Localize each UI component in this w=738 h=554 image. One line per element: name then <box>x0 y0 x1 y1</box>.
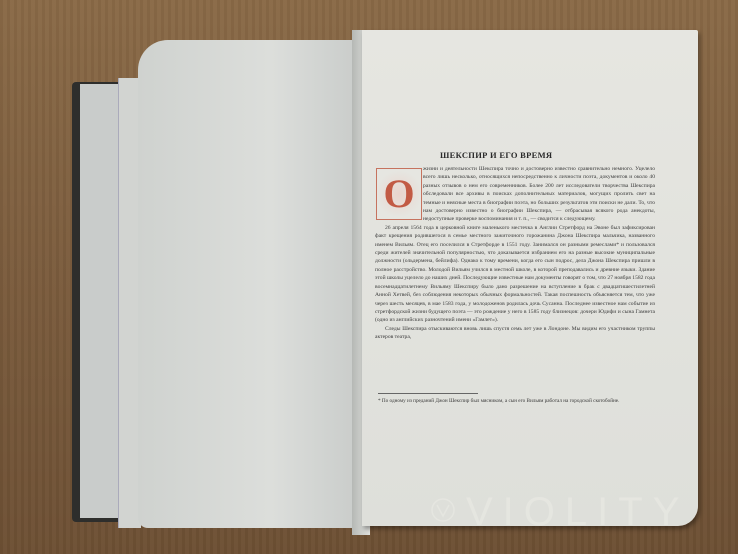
watermark-text: VIOLITY <box>466 490 689 535</box>
chapter-title: ШЕКСПИР И ЕГО ВРЕМЯ <box>440 150 552 160</box>
body-text: жизни и деятельности Шекспира точно и до… <box>375 165 655 342</box>
footnote: * По одному из преданий Джон Шекспир был… <box>378 397 654 405</box>
left-page-blank <box>138 40 360 528</box>
watermark-logo-icon <box>430 497 456 523</box>
page-edges <box>80 84 120 518</box>
paragraph: Следы Шекспира отыскиваются вновь лишь с… <box>375 325 655 342</box>
paragraph: жизни и деятельности Шекспира точно и до… <box>375 165 655 224</box>
paragraph: 26 апреля 1564 года в церковной книге ма… <box>375 224 655 325</box>
footnote-rule <box>378 393 478 394</box>
